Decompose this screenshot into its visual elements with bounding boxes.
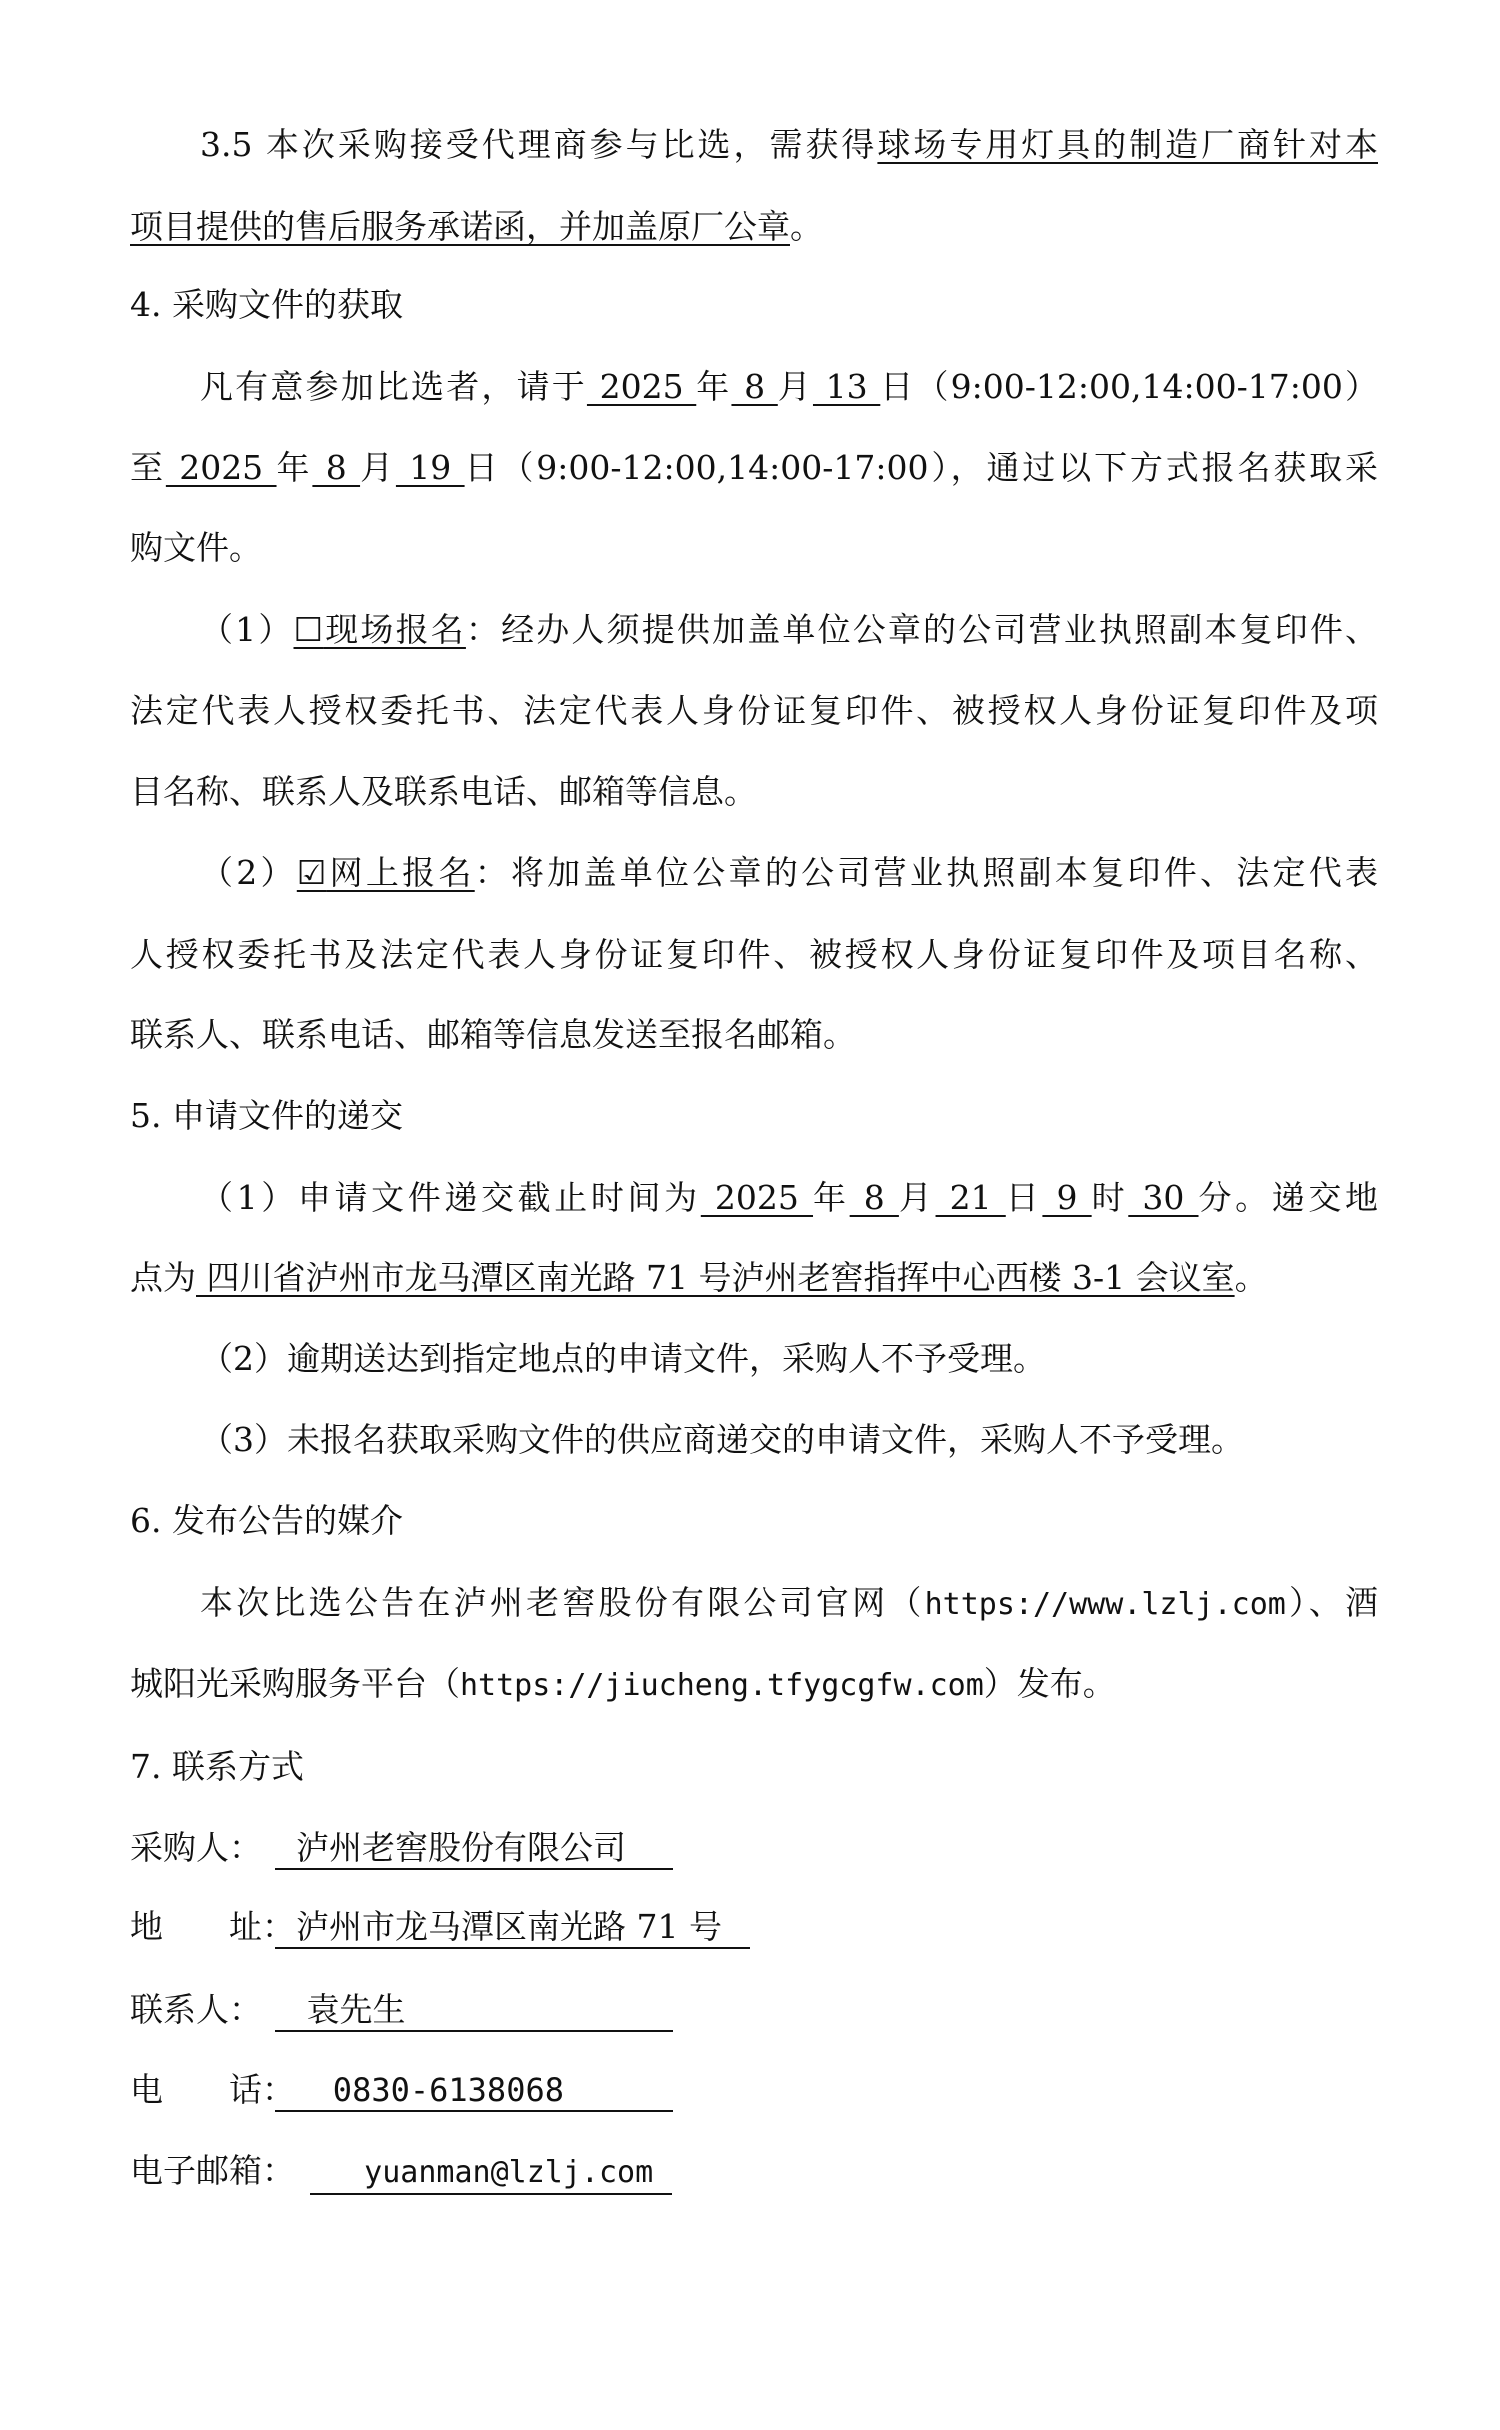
online-option: ☑网上报名 <box>297 853 475 892</box>
deadline-month: 8 <box>850 1178 899 1217</box>
to-text: 至 <box>130 448 166 487</box>
phone-row: 电 话： 0830-6138068 <box>130 2067 1378 2113</box>
colon: ： <box>466 610 501 649</box>
email-label: 电子邮箱： <box>130 2148 310 2194</box>
section-4-heading: 4. 采购文件的获取 <box>130 282 1378 328</box>
minute-unit: 分。递交地 <box>1199 1178 1379 1217</box>
punctuation: 。 <box>1235 1258 1268 1297</box>
year-unit: 年 <box>277 448 313 487</box>
section-6-heading: 6. 发布公告的媒介 <box>130 1498 1378 1544</box>
item-3-5-underlined: 球场专用灯具的制造厂商针对本 <box>877 125 1378 164</box>
section-4-intro-line-1: 凡有意参加比选者，请于 2025 年 8 月 13 日（9:00-12:00,1… <box>130 364 1378 410</box>
place-label: 点为 <box>130 1258 196 1297</box>
end-day: 19 <box>396 448 465 487</box>
start-month: 8 <box>731 367 777 406</box>
colon: ： <box>475 853 511 892</box>
item-3-5-line-2: 项目提供的售后服务承诺函，并加盖原厂公章。 <box>130 204 1378 250</box>
year-unit: 年 <box>813 1178 850 1217</box>
item-number: （1） <box>200 610 294 649</box>
intro-text: 凡有意参加比选者，请于 <box>200 367 587 406</box>
online-text: 将加盖单位公章的公司营业执照副本复印件、法定代表 <box>511 853 1378 892</box>
onsite-registration-line-2: 法定代表人授权委托书、法定代表人身份证复印件、被授权人身份证复印件及项 <box>130 688 1378 734</box>
item-3-5-line-1: 3.5 本次采购接受代理商参与比选，需获得球场专用灯具的制造厂商针对本 <box>130 122 1378 168</box>
contact-person-label: 联系人： <box>130 1987 275 2033</box>
media-text-suffix: ）、酒 <box>1286 1583 1378 1622</box>
address-value: 泸州市龙马潭区南光路 71 号 <box>275 1907 750 1949</box>
end-time-range: 日（9:00-12:00,14:00-17:00），通过以下方式报名获取采 <box>465 448 1378 487</box>
month-unit: 月 <box>899 1178 936 1217</box>
platform-text: 城阳光采购服务平台（ <box>130 1664 460 1703</box>
contact-person-row: 联系人： 袁先生 <box>130 1987 1378 2033</box>
deadline-line-1: （1）申请文件递交截止时间为 2025 年 8 月 21 日 9 时 30 分。… <box>130 1175 1378 1221</box>
phone-label: 电 话： <box>130 2067 275 2113</box>
contact-person-value: 袁先生 <box>275 1990 673 2032</box>
punctuation: 。 <box>790 207 823 246</box>
onsite-option: ☐现场报名 <box>294 610 466 649</box>
online-registration-line-3: 联系人、联系电话、邮箱等信息发送至报名邮箱。 <box>130 1012 1378 1058</box>
purchaser-value: 泸州老窖股份有限公司 <box>275 1828 673 1870</box>
late-submission-item: （2）逾期送达到指定地点的申请文件，采购人不予受理。 <box>130 1336 1378 1382</box>
year-unit: 年 <box>696 367 731 406</box>
section-5-heading: 5. 申请文件的递交 <box>130 1093 1378 1139</box>
unregistered-submission-item: （3）未报名获取采购文件的供应商递交的申请文件，采购人不予受理。 <box>130 1417 1378 1463</box>
phone-value: 0830-6138068 <box>275 2070 673 2112</box>
platform-link[interactable]: https://jiucheng.tfygcgfw.com <box>460 1668 984 1703</box>
section-7-heading: 7. 联系方式 <box>130 1744 1378 1790</box>
onsite-registration-line-3: 目名称、联系人及联系电话、邮箱等信息。 <box>130 769 1378 815</box>
onsite-registration-line-1: （1）☐现场报名：经办人须提供加盖单位公章的公司营业执照副本复印件、 <box>130 607 1378 653</box>
document-page: 3.5 本次采购接受代理商参与比选，需获得球场专用灯具的制造厂商针对本 项目提供… <box>0 0 1500 2430</box>
end-month: 8 <box>312 448 360 487</box>
onsite-text: 经办人须提供加盖单位公章的公司营业执照副本复印件、 <box>501 610 1378 649</box>
media-line-1: 本次比选公告在泸州老窖股份有限公司官网（https://www.lzlj.com… <box>130 1580 1378 1626</box>
item-number: （2） <box>200 853 297 892</box>
platform-text-suffix: ）发布。 <box>984 1664 1116 1703</box>
media-text: 本次比选公告在泸州老窖股份有限公司官网（ <box>200 1583 925 1622</box>
deadline-day: 21 <box>936 1178 1006 1217</box>
email-row: 电子邮箱： yuanman@lzlj.com <box>130 2148 1378 2194</box>
start-time-range: 日（9:00-12:00,14:00-17:00） <box>880 367 1378 406</box>
start-year: 2025 <box>587 367 696 406</box>
hour-unit: 时 <box>1092 1178 1129 1217</box>
purchaser-label: 采购人： <box>130 1825 275 1871</box>
checkbox-checked-icon: ☑ <box>297 853 327 892</box>
online-registration-line-1: （2）☑网上报名：将加盖单位公章的公司营业执照副本复印件、法定代表 <box>130 850 1378 896</box>
month-unit: 月 <box>360 448 396 487</box>
official-website-link[interactable]: https://www.lzlj.com <box>925 1587 1286 1622</box>
address-label: 地 址： <box>130 1904 275 1950</box>
section-4-intro-line-2: 至 2025 年 8 月 19 日（9:00-12:00,14:00-17:00… <box>130 445 1378 491</box>
media-line-2: 城阳光采购服务平台（https://jiucheng.tfygcgfw.com）… <box>130 1661 1378 1707</box>
day-unit: 日 <box>1006 1178 1043 1217</box>
deadline-text: （1）申请文件递交截止时间为 <box>200 1178 701 1217</box>
end-year: 2025 <box>166 448 277 487</box>
online-registration-line-2: 人授权委托书及法定代表人身份证复印件、被授权人身份证复印件及项目名称、 <box>130 932 1378 978</box>
email-value[interactable]: yuanman@lzlj.com <box>310 2153 672 2195</box>
item-3-5-text: 3.5 本次采购接受代理商参与比选，需获得 <box>200 125 877 164</box>
checkbox-unchecked-icon: ☐ <box>294 610 324 649</box>
deadline-year: 2025 <box>701 1178 813 1217</box>
start-day: 13 <box>813 367 880 406</box>
month-unit: 月 <box>778 367 813 406</box>
section-4-intro-line-3: 购文件。 <box>130 525 1378 571</box>
deadline-line-2: 点为 四川省泸州市龙马潭区南光路 71 号泸州老窖指挥中心西楼 3-1 会议室。 <box>130 1255 1378 1301</box>
deadline-minute: 30 <box>1128 1178 1198 1217</box>
address-row: 地 址： 泸州市龙马潭区南光路 71 号 <box>130 1904 1378 1950</box>
purchaser-row: 采购人： 泸州老窖股份有限公司 <box>130 1825 1378 1871</box>
onsite-label: 现场报名 <box>323 610 466 649</box>
submission-place: 四川省泸州市龙马潭区南光路 71 号泸州老窖指挥中心西楼 3-1 会议室 <box>196 1258 1235 1297</box>
item-3-5-underlined-cont: 项目提供的售后服务承诺函，并加盖原厂公章 <box>130 207 790 246</box>
online-label: 网上报名 <box>326 853 474 892</box>
deadline-hour: 9 <box>1042 1178 1091 1217</box>
